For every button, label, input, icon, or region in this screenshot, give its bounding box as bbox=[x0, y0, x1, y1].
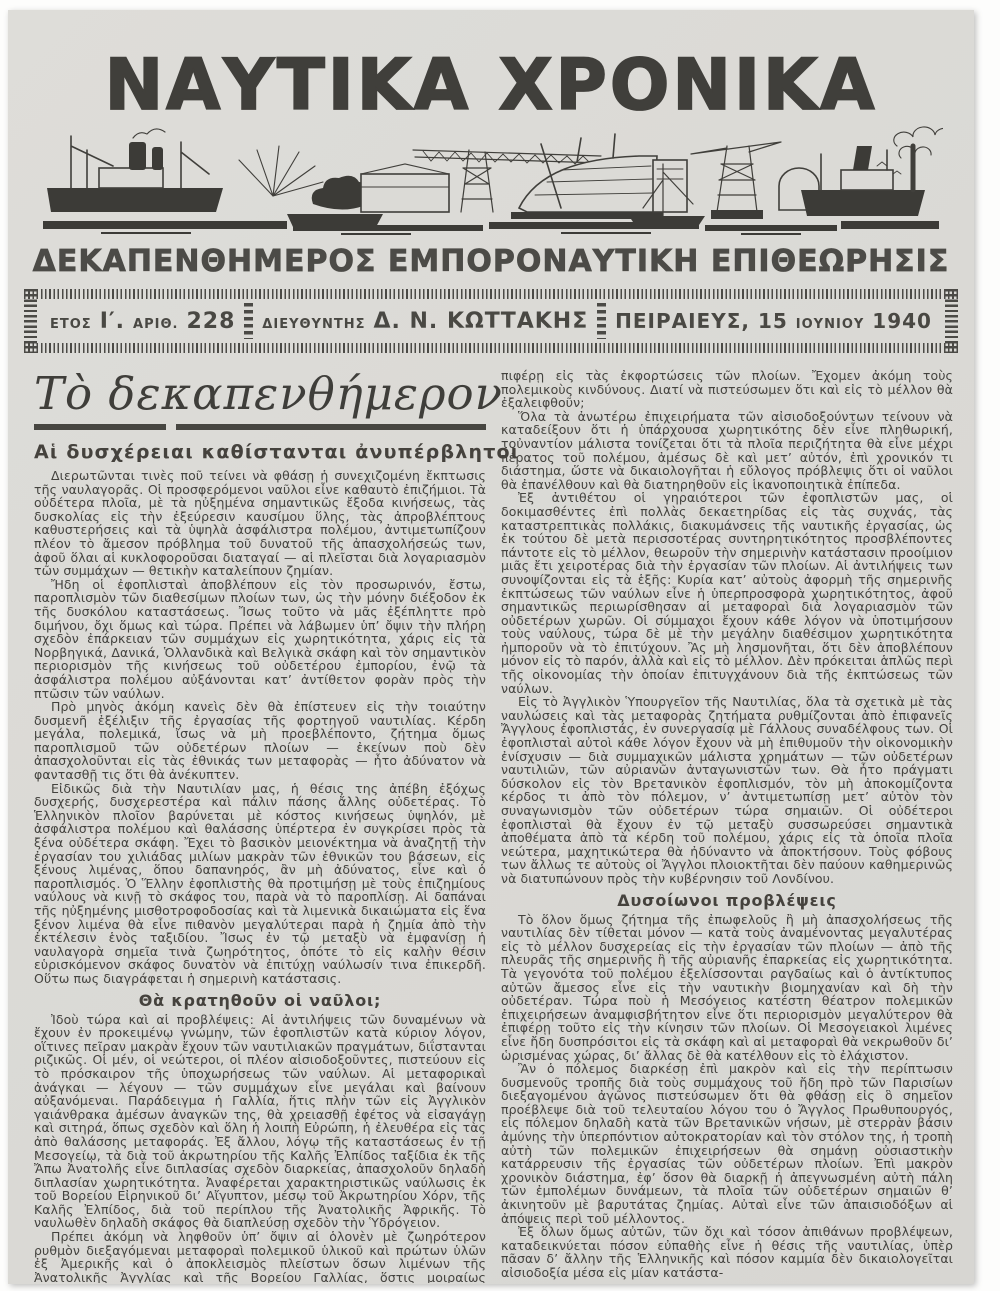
right-column-body: πιφέρῃ εἰς τὰς ἐκφορτώσεις τῶν πλοίων. Ἔ… bbox=[501, 369, 953, 1280]
date-day: 15 bbox=[758, 309, 788, 333]
place-date-info: ΠΕΙΡΑΙΕΥΣ, 15 ΙΟΥΝΙΟΥ 1940 bbox=[615, 309, 932, 333]
drydock-ship bbox=[519, 156, 657, 212]
body-paragraph: πιφέρῃ εἰς τὰς ἐκφορτώσεις τῶν πλοίων. Ἔ… bbox=[501, 369, 953, 410]
body-paragraph: Εἰς τὸ Ἀγγλικὸν Ὑπουργεῖον τῆς Ναυτιλίας… bbox=[501, 695, 953, 885]
body-paragraph: Ἤδη οἱ ἐφοπλισταὶ ἀποβλέπουν εἰς τὸν προ… bbox=[34, 578, 486, 700]
segment-divider bbox=[244, 303, 253, 339]
year-value: Ι′. bbox=[100, 309, 125, 334]
body-paragraph: Πρέπει ἀκόμη νὰ ληφθοῦν ὑπ’ ὄψιν αἱ ὁλον… bbox=[34, 1230, 486, 1283]
section-subheading: Δυσοίωνοι προβλέψεις bbox=[501, 891, 953, 910]
title-rule bbox=[34, 424, 486, 431]
year-label: ΕΤΟΣ bbox=[50, 317, 92, 332]
left-column: Τὸ δεκαπενθήμερον Αἱ δυσχέρειαι καθίσταν… bbox=[34, 369, 486, 1283]
issue-info: ΕΤΟΣ Ι′. ΑΡΙΘ. 228 bbox=[50, 309, 235, 334]
body-paragraph: Ἂν ὁ πόλεμος διαρκέσῃ ἐπὶ μακρὸν καὶ εἰς… bbox=[501, 1062, 953, 1225]
smoke-curls bbox=[894, 127, 943, 158]
date-year: 1940 bbox=[872, 309, 932, 333]
harbor-illustration bbox=[39, 124, 943, 236]
info-box: ΕΤΟΣ Ι′. ΑΡΙΘ. 228 ΔΙΕΥΘΥΝΤΗΣ Δ. Ν. ΚΩΤΤ… bbox=[24, 289, 958, 353]
article-title: Τὸ δεκαπενθήμερον bbox=[34, 369, 486, 419]
waterline-strokes bbox=[43, 221, 939, 235]
issue-number: 228 bbox=[186, 309, 235, 334]
body-paragraph: Διερωτῶνται τινὲς ποῦ τείνει νὰ φθάσῃ ἡ … bbox=[34, 469, 486, 578]
steamship-hull bbox=[47, 188, 223, 212]
hatch-border-bottom bbox=[24, 343, 958, 353]
right-column: πιφέρῃ εἰς τὰς ἐκφορτώσεις τῶν πλοίων. Ἔ… bbox=[501, 369, 953, 1283]
hatch-border-top bbox=[24, 289, 958, 299]
paper-sheet: ΝΑΥΤΙΚΑ ΧΡΟΝΙΚΑ bbox=[8, 10, 974, 1284]
body-paragraph: Πρὸ μηνὸς ἀκόμη κανεὶς δὲν θὰ ἐπίστευεν … bbox=[34, 700, 486, 782]
masthead-title: ΝΑΥΤΙΚΑ ΧΡΟΝΙΚΑ bbox=[8, 50, 974, 120]
issue-label: ΑΡΙΘ. bbox=[133, 317, 178, 332]
crane-jib bbox=[413, 150, 601, 163]
subtitle-banner: ΔΕΚΑΠΕΝΘΗΜΕΡΟΣ ΕΜΠΟΡΟΝΑΥΤΙΚΗ ΕΠΙΘΕΩΡΗΣΙΣ bbox=[8, 244, 974, 279]
ship-funnel bbox=[129, 142, 146, 170]
hatch-border-left bbox=[24, 289, 37, 353]
hatch-border-right bbox=[945, 289, 958, 353]
body-paragraph: Ἐξ ὅλων ὅμως αὐτῶν, τῶν ὄχι καὶ τόσον ἀπ… bbox=[501, 1225, 953, 1279]
segment-divider bbox=[597, 303, 606, 339]
left-column-body: Αἱ δυσχέρειαι καθίστανται ἀνυπέρβλητοιΔι… bbox=[34, 441, 486, 1283]
section-heading: Αἱ δυσχέρειαι καθίστανται ἀνυπέρβλητοι bbox=[34, 441, 486, 463]
body-paragraph: Εἰδικῶς διὰ τὴν Ναυτιλίαν μας, ἡ θέσις τ… bbox=[34, 782, 486, 986]
body-paragraph: Τὸ ὅλον ὅμως ζήτημα τῆς ἐπωφελοῦς ἢ μὴ ἀ… bbox=[501, 913, 953, 1063]
body-paragraph: Ὅλα τὰ ἀνωτέρω ἐπιχειρήματα τῶν αἰσιοδοξ… bbox=[501, 410, 953, 492]
director-label: ΔΙΕΥΘΥΝΤΗΣ bbox=[262, 317, 365, 332]
date-month: ΙΟΥΝΙΟΥ bbox=[796, 317, 864, 332]
section-subheading: Θὰ κρατηθοῦν οἱ ναῦλοι; bbox=[34, 991, 486, 1010]
body-paragraph: Ἰδοὺ τώρα καὶ αἱ προβλέψεις: Αἱ ἀντιλήψε… bbox=[34, 1013, 486, 1231]
scanned-magazine-page: ΝΑΥΤΙΚΑ ΧΡΟΝΙΚΑ bbox=[0, 0, 1000, 1291]
crane-tower-2 bbox=[717, 146, 757, 212]
body-paragraph: Ἐξ ἀντιθέτου οἱ γηραιότεροι τῶν ἐφοπλιστ… bbox=[501, 491, 953, 695]
director-info: ΔΙΕΥΘΥΝΤΗΣ Δ. Ν. ΚΩΤΤΑΚΗΣ bbox=[262, 309, 588, 334]
cargo-ship-hull bbox=[801, 190, 925, 216]
director-name: Δ. Ν. ΚΩΤΤΑΚΗΣ bbox=[373, 309, 588, 334]
place: ΠΕΙΡΑΙΕΥΣ, bbox=[615, 309, 750, 333]
title-rule-short bbox=[34, 424, 166, 430]
info-row: ΕΤΟΣ Ι′. ΑΡΙΘ. 228 ΔΙΕΥΘΥΝΤΗΣ Δ. Ν. ΚΩΤΤ… bbox=[50, 301, 932, 341]
title-rule-long bbox=[176, 424, 486, 430]
harbor-scene-drawing bbox=[39, 124, 943, 236]
article-columns: Τὸ δεκαπενθήμερον Αἱ δυσχέρειαι καθίσταν… bbox=[8, 369, 974, 1283]
